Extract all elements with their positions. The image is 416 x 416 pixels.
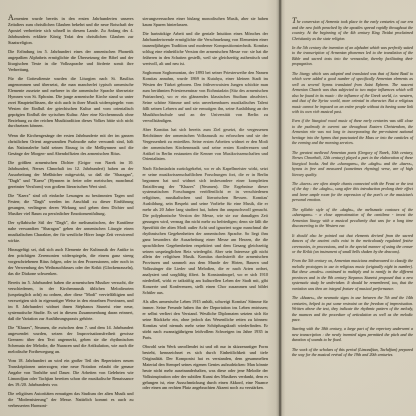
paragraph: The «kaerz» are often simple chants conn… (292, 181, 413, 203)
paragraph: Soghomon Soghomonian, der 1893 bei seine… (143, 70, 269, 123)
paragraph: In the 5th century the invention of an a… (292, 45, 413, 67)
liner-notes-page: Armenien wurde bereits in den ersten Jah… (0, 0, 416, 416)
paragraph: The liturgy which was adopted and transl… (292, 71, 413, 115)
paragraph: The work of the scholars of this period … (292, 347, 413, 358)
drop-cap-initial: T (292, 16, 297, 25)
paragraph: Nach Etchmiadzin zurückgekehrt, wo er al… (143, 166, 269, 296)
paragraph: Die Erfindung im 5. Jahrhundert eines de… (8, 49, 134, 73)
paragraph: Die größten armenischen Dichter (Grigor … (8, 160, 134, 190)
paragraph: The «khazes», the neumatic signs in use … (292, 295, 413, 323)
paragraph: The greatest medieval Armenian poets (Gr… (292, 150, 413, 178)
paragraph: Die "Khazes", Neumen, die zwischen dem 7… (8, 325, 134, 355)
paragraph: Die religiösen Autoritäten ermutigen das… (8, 391, 134, 409)
paragraph: Vom 18. Jahrhundert an wird ein großer T… (8, 358, 134, 388)
paragraph: Die "Kaerz" sind oft einfache Lesungen z… (8, 193, 134, 217)
paragraph: Die hartnäckige Arbeit und die geniale I… (143, 31, 269, 66)
paragraph: The conversion of Armenia took place in … (292, 19, 413, 41)
paragraph: Als alles armenische Leben 1915 anhält, … (143, 299, 269, 340)
paragraph: Aber Komitas hat sich bereits zum Ziel g… (143, 127, 269, 162)
english-column: The conversion of Armenia took place in … (292, 19, 413, 358)
german-column-2: sierungsversuchen einer bislang monodisc… (143, 16, 269, 416)
german-text-sheet: Armenien wurde bereits in den ersten Jah… (0, 0, 272, 416)
drop-cap-initial: A (8, 13, 14, 22)
page-fold-shadow (266, 0, 292, 416)
paragraph: Der syllabische Stil der "Dagh", die mel… (8, 220, 134, 244)
paragraph: It should also be pointed out that eleme… (292, 233, 413, 255)
paragraph: The syllabic style of the «daghs», the m… (292, 207, 413, 229)
paragraph: Even if the liturgical vocal music of th… (292, 118, 413, 146)
paragraph: Starting with the 18th century, a large … (292, 326, 413, 343)
paragraph: Armenien wurde bereits in den ersten Jah… (8, 16, 134, 46)
paragraph: Für die Gottesdienste wurden die Liturgi… (8, 76, 134, 129)
paragraph: Wenn die Kirchengesänge der ersten Jahrh… (8, 133, 134, 157)
paragraph: Obwohl sein Werk unvollendet ist und oft… (143, 344, 269, 391)
paragraph: Bereits im 5. Jahrhundert haben die arme… (8, 280, 134, 321)
german-column-1: Armenien wurde bereits in den ersten Jah… (8, 16, 134, 416)
paragraph: Hinzugefügt sei, daß sich auch Elemente … (8, 247, 134, 277)
paragraph: From the 5th century on, Armenian musici… (292, 258, 413, 291)
english-text-sheet: The conversion of Armenia took place in … (292, 0, 413, 416)
paragraph: sierungsversuchen einer bislang monodisc… (143, 16, 269, 28)
